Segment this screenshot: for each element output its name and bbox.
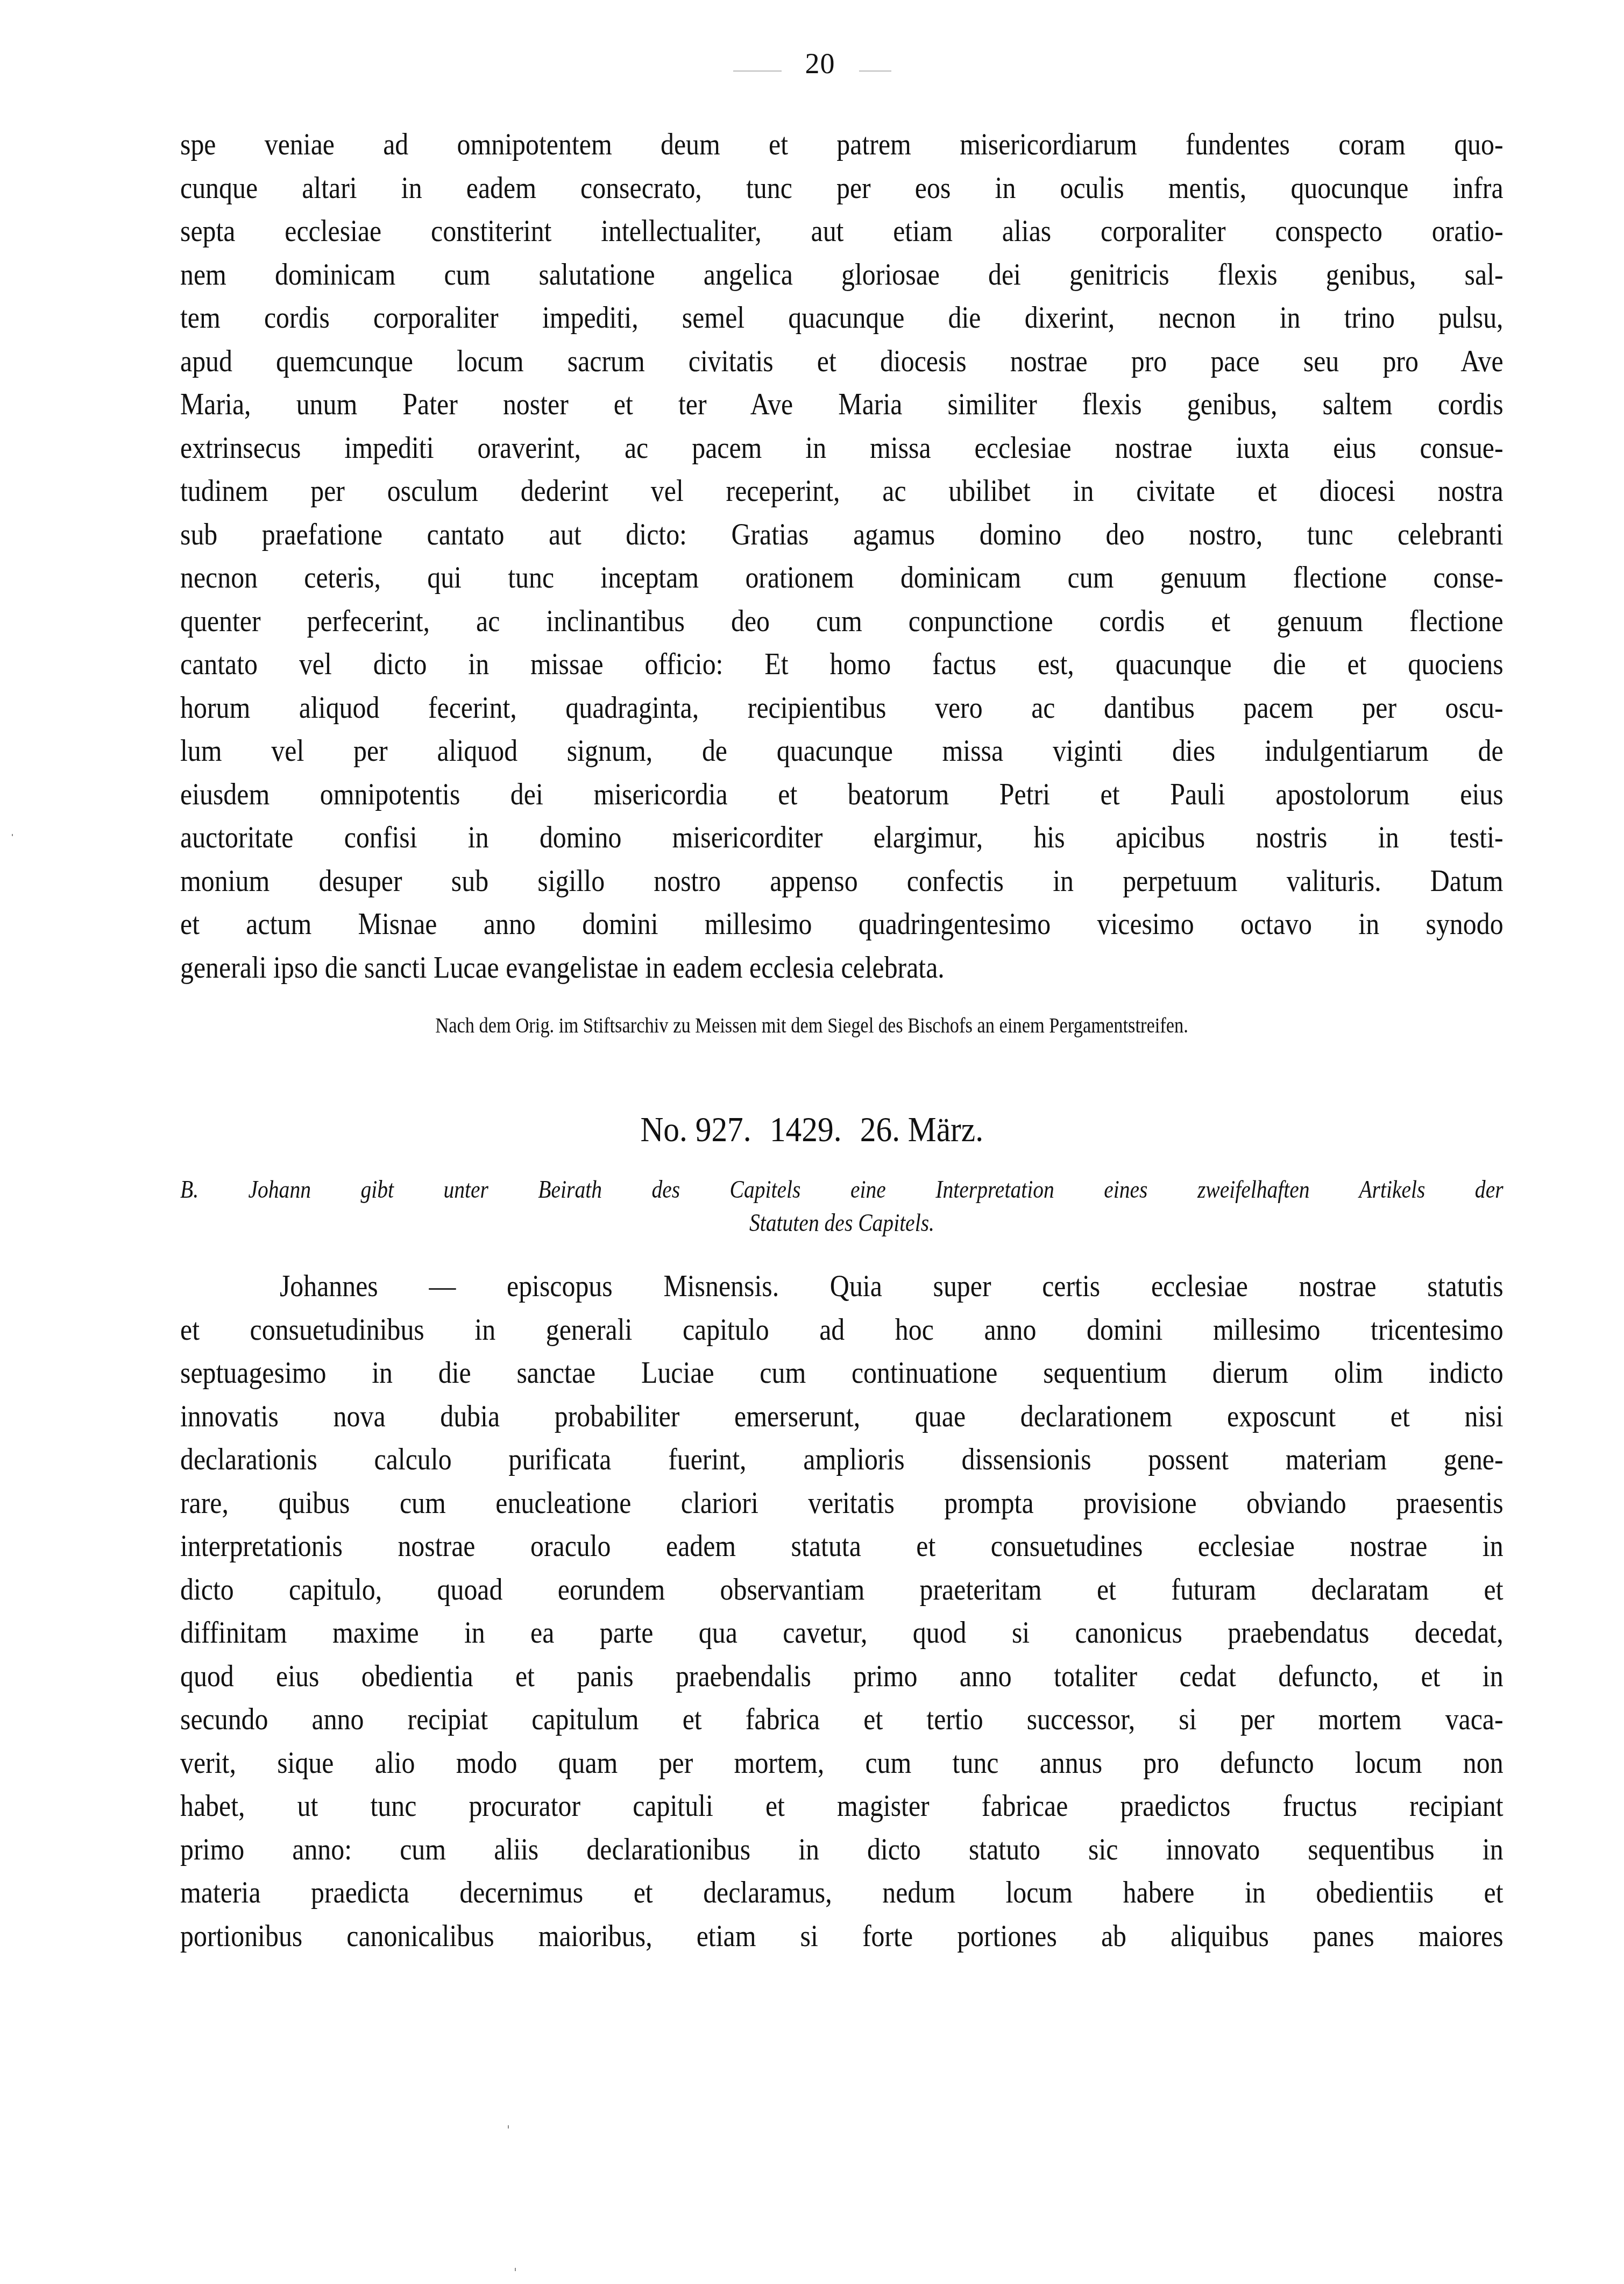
page-header: 20 (0, 47, 1624, 80)
document-summary: B. Johann gibt unter Beirath des Capitel… (180, 1173, 1504, 1240)
text-line: spe veniae ad omnipotentem deum et patre… (180, 123, 1504, 166)
text-line: generali ipso die sancti Lucae evangelis… (180, 946, 1504, 989)
text-line: declarationis calculo purificata fuerint… (180, 1438, 1504, 1481)
header-rule-left (733, 70, 782, 72)
text-line: apud quemcunque locum sacrum civitatis e… (180, 340, 1504, 383)
text-line: septa ecclesiae constiterint intellectua… (180, 209, 1504, 253)
text-line: Maria, unum Pater noster et ter Ave Mari… (180, 383, 1504, 426)
scan-artifact (12, 834, 13, 836)
document-number: No. 927. (641, 1110, 751, 1149)
text-line: quod eius obedientia et panis praebendal… (180, 1654, 1504, 1698)
text-line: lum vel per aliquod signum, de quacunque… (180, 729, 1504, 773)
text-line: et consuetudinibus in generali capitulo … (180, 1308, 1504, 1352)
document-date: 26. März. (860, 1110, 983, 1149)
text-line: nem dominicam cum salutatione angelica g… (180, 253, 1504, 296)
source-note: Nach dem Orig. im Stiftsarchiv zu Meisse… (0, 1012, 1624, 1038)
document-body-text: Johannes — episcopus Misnensis. Quia sup… (180, 1264, 1504, 1957)
text-line: Johannes — episcopus Misnensis. Quia sup… (180, 1264, 1504, 1308)
text-line: necnon ceteris, qui tunc inceptam oratio… (180, 556, 1504, 599)
text-line: eiusdem omnipotentis dei misericordia et… (180, 773, 1504, 816)
text-line: septuagesimo in die sanctae Luciae cum c… (180, 1351, 1504, 1395)
text-line: primo anno: cum aliis declarationibus in… (180, 1828, 1504, 1871)
text-line: cantato vel dicto in missae officio: Et … (180, 642, 1504, 686)
summary-line: Statuten des Capitels. (273, 1206, 1411, 1240)
text-line: materia praedicta decernimus et declaram… (180, 1871, 1504, 1914)
text-line: rare, quibus cum enucleatione clariori v… (180, 1481, 1504, 1525)
text-line: habet, ut tunc procurator capituli et ma… (180, 1784, 1504, 1828)
text-line: tem cordis corporaliter impediti, semel … (180, 296, 1504, 340)
text-line: et actum Misnae anno domini millesimo qu… (180, 902, 1504, 946)
page-number: 20 (805, 47, 835, 80)
text-line: quenter perfecerint, ac inclinantibus de… (180, 599, 1504, 643)
summary-line: B. Johann gibt unter Beirath des Capitel… (180, 1173, 1504, 1206)
text-line: extrinsecus impediti oraverint, ac pacem… (180, 426, 1504, 470)
text-line: horum aliquod fecerint, quadraginta, rec… (180, 686, 1504, 730)
text-line: secundo anno recipiat capitulum et fabri… (180, 1698, 1504, 1741)
charter-text: spe veniae ad omnipotentem deum et patre… (180, 123, 1504, 989)
header-rule-right (859, 70, 891, 72)
document-year: 1429. (770, 1110, 842, 1149)
text-line: diffinitam maxime in ea parte qua cavetu… (180, 1611, 1504, 1654)
text-line: sub praefatione cantato aut dicto: Grati… (180, 513, 1504, 556)
text-line: verit, sique alio modo quam per mortem, … (180, 1741, 1504, 1785)
text-line: monium desuper sub sigillo nostro appens… (180, 859, 1504, 903)
scan-artifact (508, 2125, 509, 2129)
text-line: interpretationis nostrae oraculo eadem s… (180, 1524, 1504, 1568)
text-line: portionibus canonicalibus maioribus, eti… (180, 1914, 1504, 1958)
scan-artifact (515, 2268, 516, 2271)
source-note-text: Nach dem Orig. im Stiftsarchiv zu Meisse… (436, 1012, 1189, 1038)
document-heading: No. 927.1429.26. März. (0, 1108, 1624, 1151)
text-line: auctoritate confisi in domino misericord… (180, 816, 1504, 859)
text-line: tudinem per osculum dederint vel receper… (180, 469, 1504, 513)
text-line: cunque altari in eadem consecrato, tunc … (180, 166, 1504, 210)
text-line: dicto capitulo, quoad eorundem observant… (180, 1568, 1504, 1611)
text-line: innovatis nova dubia probabiliter emerse… (180, 1395, 1504, 1438)
